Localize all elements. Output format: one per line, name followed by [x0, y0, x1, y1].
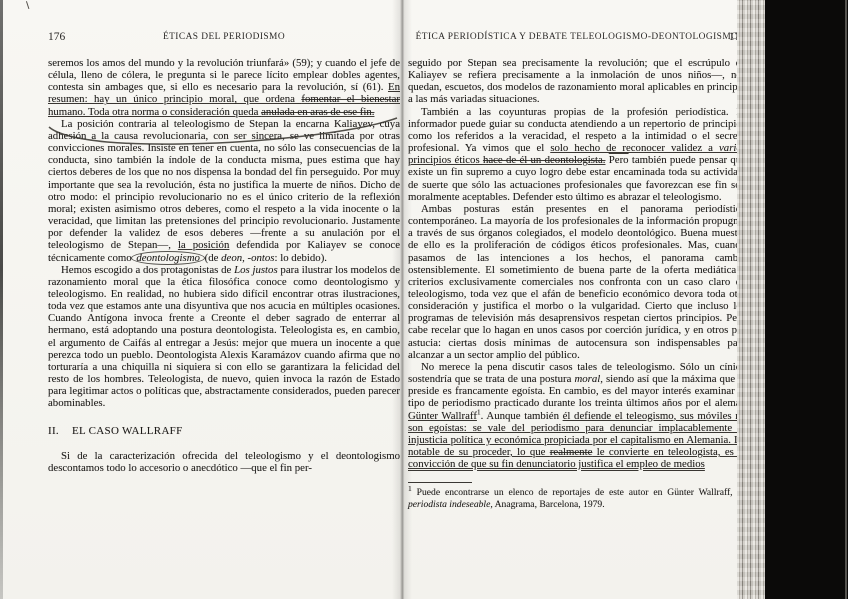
body-paragraph: Ambas posturas están presentes en el pan… [408, 203, 746, 361]
pen-swoosh-annotation [45, 113, 403, 153]
body-paragraph: Si de la caracterización ofrecida del te… [48, 450, 400, 474]
body-paragraph: seremos los amos del mundo y la revoluci… [48, 57, 400, 118]
book-scan: 176 ÉTICAS DEL PERIODISMO seremos los am… [0, 0, 848, 599]
section-heading-number: II. [48, 425, 59, 437]
left-running-head-row: 176 ÉTICAS DEL PERIODISMO [48, 32, 400, 46]
section-heading: II.EL CASO WALLRAFF [48, 425, 400, 437]
left-page: 176 ÉTICAS DEL PERIODISMO seremos los am… [3, 0, 402, 599]
right-running-head-row: ÉTICA PERIODÍSTICA Y DEBATE TELEOLOGISMO… [408, 32, 746, 46]
right-page: ÉTICA PERIODÍSTICA Y DEBATE TELEOLOGISMO… [402, 0, 748, 599]
body-paragraph: También a las coyunturas propias de la p… [408, 106, 746, 203]
body-paragraph: Hemos escogido a dos protagonistas de Lo… [48, 264, 400, 410]
section-heading-title: EL CASO WALLRAFF [72, 425, 183, 437]
footnote-rule [408, 482, 472, 483]
body-paragraph: No merece la pena discutir casos tales d… [408, 361, 746, 470]
body-paragraph: seguido por Stepan sea precisamente la r… [408, 57, 746, 106]
scan-black-band [765, 0, 848, 599]
right-running-head: ÉTICA PERIODÍSTICA Y DEBATE TELEOLOGISMO… [408, 32, 746, 42]
footnote: 1 Puede encontrarse un elenco de reporta… [408, 487, 746, 509]
right-body-text: seguido por Stepan sea precisamente la r… [408, 57, 746, 510]
left-running-head: ÉTICAS DEL PERIODISMO [48, 32, 400, 42]
left-page-number: 176 [48, 31, 65, 43]
page-edges-strip [737, 0, 767, 599]
